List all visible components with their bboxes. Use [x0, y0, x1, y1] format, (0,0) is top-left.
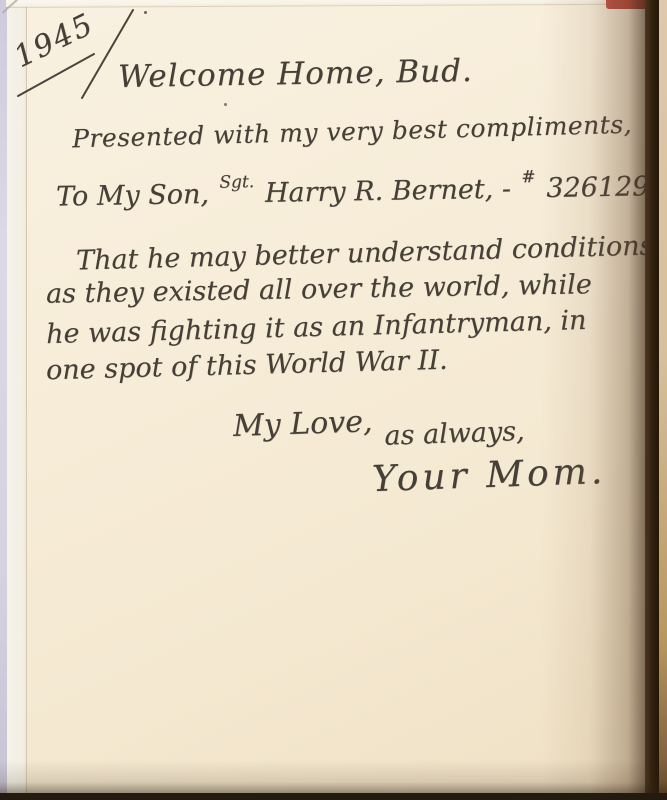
ink-speck [224, 103, 227, 106]
closing-part1: My Love, [232, 404, 373, 444]
inscription-greeting: Welcome Home, Bud. [118, 53, 473, 95]
rank-superscript: Sgt. [219, 172, 254, 193]
ink-speck [144, 11, 147, 14]
number-symbol-superscript: # [521, 167, 536, 187]
dedication-prefix: To My Son, [56, 179, 209, 213]
inscription-body-line-2: as they existed all over the world, whil… [46, 269, 592, 310]
book-gutter-dark-band [645, 0, 659, 800]
bottom-dark-band [0, 793, 667, 800]
scanned-book-page: 1945 Welcome Home, Bud. Presented with m… [0, 0, 667, 800]
closing-part2: as always, [384, 416, 525, 452]
next-page-edge [659, 0, 667, 800]
inscription-body-line-4: one spot of this World War II. [46, 345, 448, 387]
dedication-name: Harry R. Bernet, - [265, 174, 512, 209]
page-left-edge [7, 0, 27, 800]
inscription-closing-line: My Love, as always, [232, 399, 522, 444]
book-gutter-shadow [540, 0, 650, 800]
inscription-body-line-3: he was fighting it as an Infantryman, in [46, 305, 587, 350]
page-left-edge-line [26, 6, 27, 796]
scanner-edge-strip [0, 0, 7, 800]
